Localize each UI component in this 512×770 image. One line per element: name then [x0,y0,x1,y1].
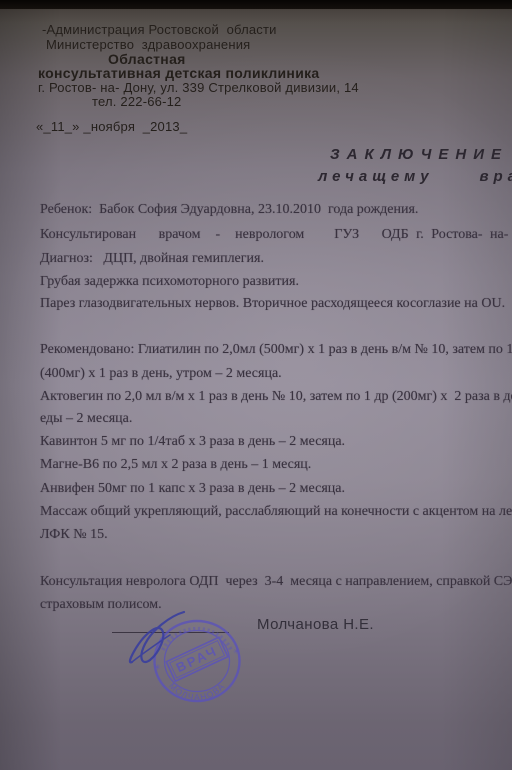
body-line-cavinton: Кавинтон 5 мг по 1/4таб х 3 раза в день … [40,434,345,450]
document-photo: -Администрация Ростовской области Минист… [0,0,512,770]
document-date: «_11_» _ноября _2013_ [36,119,187,134]
letterhead-ministry-line: Министерство здравоохранения [46,37,250,52]
body-line-anvifen: Анвифен 50мг по 1 капс х 3 раза в день –… [40,481,345,497]
body-line-magne-b6: Магне-В6 по 2,5 мл х 2 раза в день – 1 м… [40,457,311,473]
doctor-name: Молчанова Н.Е. [257,616,374,633]
body-line-actovegin-2: еды – 2 месяца. [40,411,132,427]
letterhead-org-name-2: консультативная детская поликлиника [38,65,320,81]
body-line-recommend-1: Рекомендовано: Глиатилин по 2,0мл (500мг… [40,342,512,358]
body-line-lfk: ЛФК № 15. [40,527,108,543]
body-line-diagnosis: Диагноз: ДЦП, двойная гемиплегия. [40,251,264,267]
stamp-star-right: ✳ [233,647,240,656]
body-line-massage: Массаж общий укрепляющий, расслабляющий … [40,504,512,520]
letterhead-admin-line: -Администрация Ростовской области [42,22,277,37]
letterhead-address: г. Ростов- на- Дону, ул. 339 Стрелковой … [38,80,359,95]
document-title: ЗАКЛЮЧЕНИЕ [330,146,508,163]
letterhead-phone: тел. 222-66-12 [92,94,181,109]
body-line-paresis: Парез глазодвигательных нервов. Вторично… [40,296,505,312]
body-line-delay: Грубая задержка психомоторного развития. [40,274,299,290]
photo-dark-band [0,0,512,9]
body-line-patient: Ребенок: Бабок София Эдуардовна, 23.10.2… [40,202,418,218]
signature [118,602,228,682]
body-line-consulted: Консультирован врачом - неврологом ГУЗ О… [40,227,512,243]
body-line-actovegin-1: Актовегин по 2,0 мл в/м х 1 раз в день №… [40,389,512,405]
document-title-subline: лечащему врачу [318,168,512,185]
body-line-followup-1: Консультация невролога ОДП через 3-4 мес… [40,574,512,590]
body-line-recommend-2: (400мг) х 1 раз в день, утром – 2 месяца… [40,366,282,382]
